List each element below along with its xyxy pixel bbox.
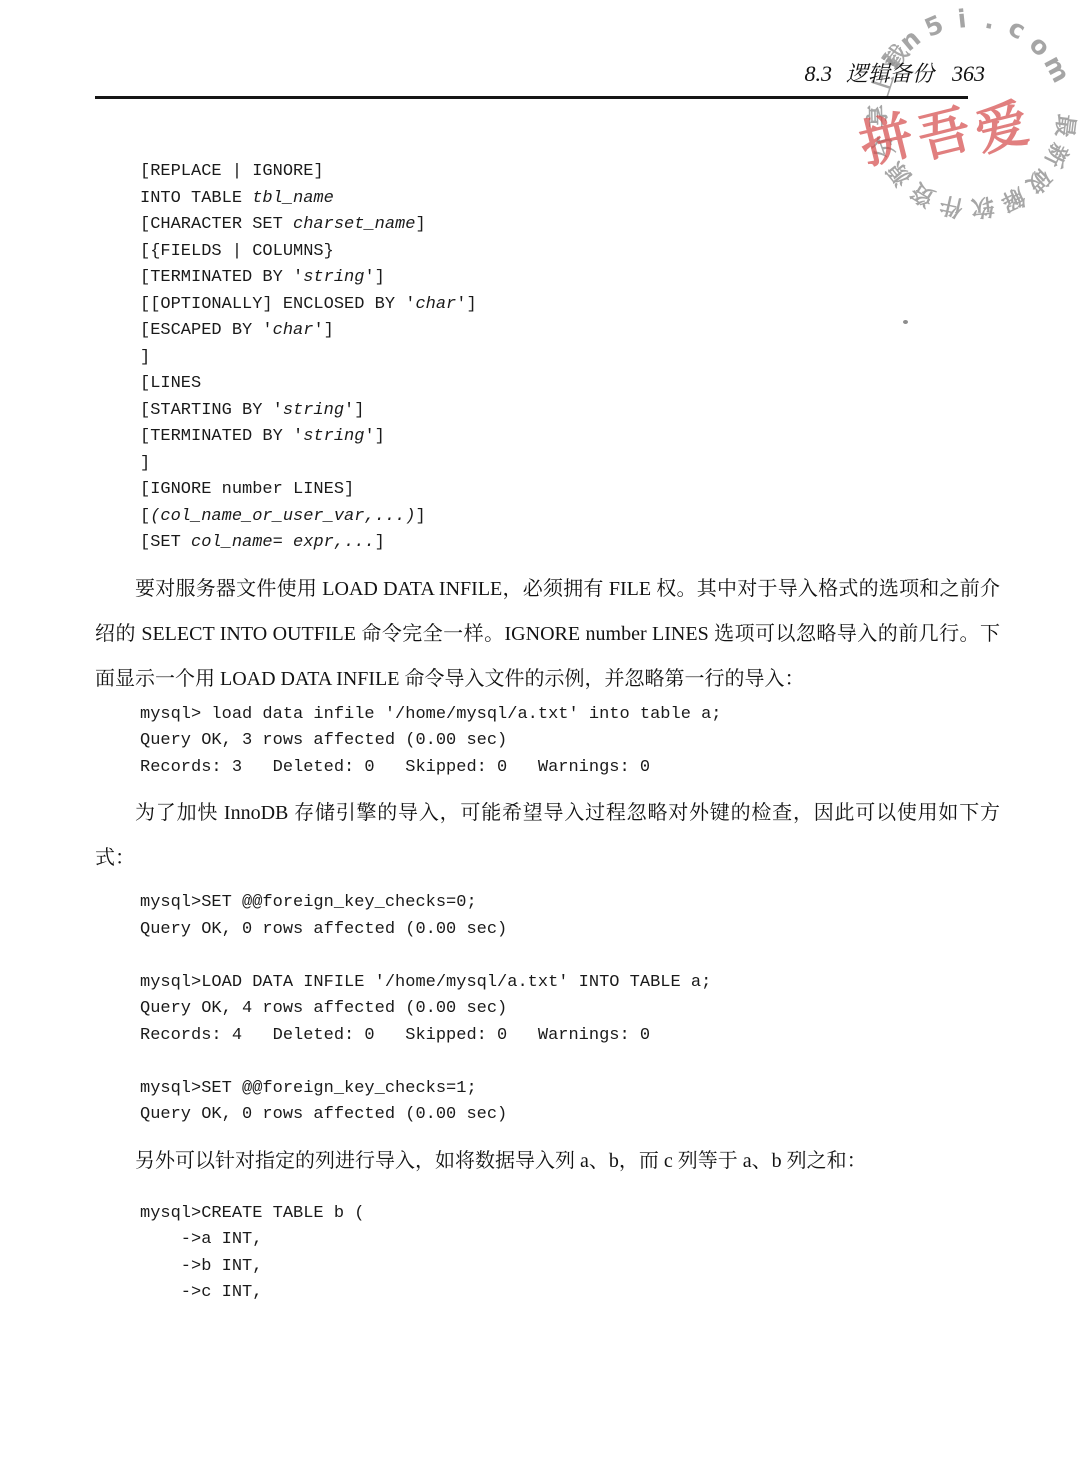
code-line: [REPLACE | IGNORE]	[140, 159, 1000, 186]
code-line: [TERMINATED BY 'string']	[140, 424, 1000, 451]
code-line: [CHARACTER SET charset_name]	[140, 212, 1000, 239]
code-line: ]	[140, 345, 1000, 372]
paragraph-innodb-foreign-key: 为了加快 InnoDB 存储引擎的导入，可能希望导入过程忽略对外键的检查，因此可…	[95, 791, 1000, 881]
code-line: mysql> load data infile '/home/mysql/a.t…	[140, 702, 1000, 729]
code-line: mysql>CREATE TABLE b (	[140, 1201, 1000, 1228]
code-line: Query OK, 0 rows affected (0.00 sec)	[140, 917, 1000, 944]
console-create-table: mysql>CREATE TABLE b ( ->a INT, ->b INT,…	[140, 1201, 1000, 1307]
code-line: [ESCAPED BY 'char']	[140, 318, 1000, 345]
code-line: [(col_name_or_user_var,...)]	[140, 504, 1000, 531]
code-line: ->b INT,	[140, 1254, 1000, 1281]
page-header: 8.3逻辑备份363	[95, 60, 1000, 88]
paragraph-load-data-infile: 要对服务器文件使用 LOAD DATA INFILE，必须拥有 FILE 权。其…	[95, 567, 1000, 702]
code-line: ->a INT,	[140, 1227, 1000, 1254]
code-line: mysql>SET @@foreign_key_checks=1;	[140, 1076, 1000, 1103]
code-line: Query OK, 4 rows affected (0.00 sec)	[140, 996, 1000, 1023]
code-line	[140, 943, 1000, 970]
code-line: ->c INT,	[140, 1280, 1000, 1307]
code-line: [IGNORE number LINES]	[140, 477, 1000, 504]
code-line: INTO TABLE tbl_name	[140, 186, 1000, 213]
code-line: [LINES	[140, 371, 1000, 398]
paragraph-columns-import: 另外可以针对指定的列进行导入，如将数据导入列 a、b，而 c 列等于 a、b 列…	[95, 1139, 1000, 1184]
code-line: mysql>SET @@foreign_key_checks=0;	[140, 890, 1000, 917]
code-line: Query OK, 3 rows affected (0.00 sec)	[140, 728, 1000, 755]
console-load-example: mysql> load data infile '/home/mysql/a.t…	[140, 702, 1000, 782]
code-line: Records: 4 Deleted: 0 Skipped: 0 Warning…	[140, 1023, 1000, 1050]
code-line: Records: 3 Deleted: 0 Skipped: 0 Warning…	[140, 755, 1000, 782]
page-number: 363	[952, 61, 985, 86]
code-line: [STARTING BY 'string']	[140, 398, 1000, 425]
code-line: [SET col_name= expr,...]	[140, 530, 1000, 557]
code-line: [{FIELDS | COLUMNS}	[140, 239, 1000, 266]
code-line: [[OPTIONALLY] ENCLOSED BY 'char']	[140, 292, 1000, 319]
book-page: 8.3逻辑备份363 [REPLACE | IGNORE]INTO TABLE …	[0, 0, 1080, 1478]
code-line: [TERMINATED BY 'string']	[140, 265, 1000, 292]
code-line: mysql>LOAD DATA INFILE '/home/mysql/a.tx…	[140, 970, 1000, 997]
scan-speck	[903, 320, 908, 324]
sql-syntax-block: [REPLACE | IGNORE]INTO TABLE tbl_name[CH…	[140, 159, 1000, 557]
section-title: 逻辑备份	[846, 61, 934, 86]
header-rule	[95, 96, 968, 99]
code-line: ]	[140, 451, 1000, 478]
code-line: Query OK, 0 rows affected (0.00 sec)	[140, 1102, 1000, 1129]
section-number: 8.3	[804, 61, 832, 86]
console-foreign-key-checks: mysql>SET @@foreign_key_checks=0;Query O…	[140, 890, 1000, 1129]
code-line	[140, 1049, 1000, 1076]
